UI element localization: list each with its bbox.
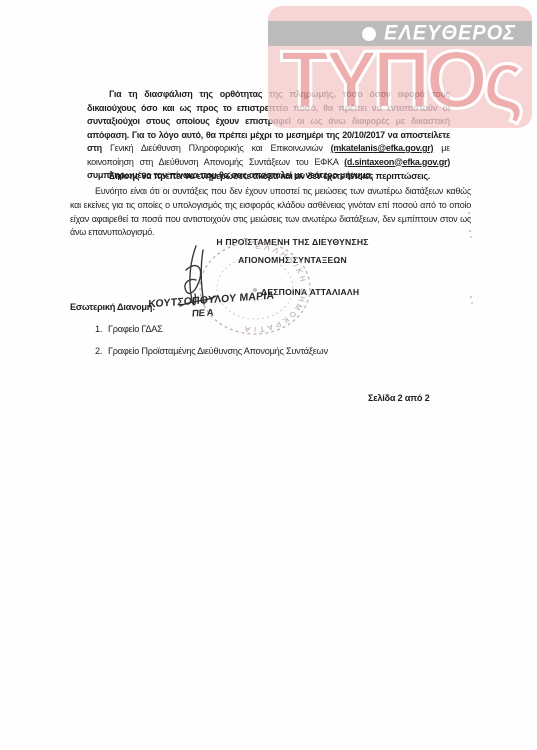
email-link-2: (d.sintaxeon@efka.gov.gr) [344,157,450,167]
scanned-document-page: ΕΛΕΥΘΕΡΟΣ ΤΥΠΟς Για τη διασφάλιση της ορ… [0,0,537,750]
handwritten-note: ΠΕ Α [192,306,214,321]
paragraph-2: Επίσης θα πρέπει να ενημερώσετε ακόμα κα… [87,170,467,184]
newspaper-logo-watermark: ΕΛΕΥΘΕΡΟΣ ΤΥΠΟς [268,6,532,128]
scan-artifact [469,230,471,232]
page-number: Σελίδα 2 από 2 [368,392,429,406]
distribution-label: Εσωτερική Διανομή: [70,301,155,315]
email-link-1: (mkatelanis@efka.gov.gr) [331,143,434,153]
stamp-text: ΕΛΛΗΝΙΚΗ ΔΗΜΟΚΡΑΤΙΑ [241,242,309,333]
scan-artifact [470,296,472,298]
svg-text:ΕΛΛΗΝΙΚΗ ΔΗΜΟΚΡΑΤΙΑ: ΕΛΛΗΝΙΚΗ ΔΗΜΟΚΡΑΤΙΑ [241,242,309,333]
list-item: 1.Γραφείο ΓΔΑΣ [95,323,163,337]
list-item-number: 2. [95,345,108,359]
list-item-number: 1. [95,323,108,337]
scan-artifact [468,212,470,214]
text-run: Γενική Διεύθυνση Πληροφορικής και Επικοι… [110,143,331,153]
list-item: 2.Γραφείο Προϊσταμένης Διεύθυνσης Απονομ… [95,345,328,359]
paragraph-3: Ευνόητο είναι ότι οι συντάξεις που δεν έ… [70,185,471,240]
masthead-word: ΤΥΠΟς [268,39,532,121]
list-item-text: Γραφείο Προϊσταμένης Διεύθυνσης Απονομής… [108,346,328,356]
list-item-text: Γραφείο ΓΔΑΣ [108,324,163,334]
scan-artifact [466,190,468,192]
